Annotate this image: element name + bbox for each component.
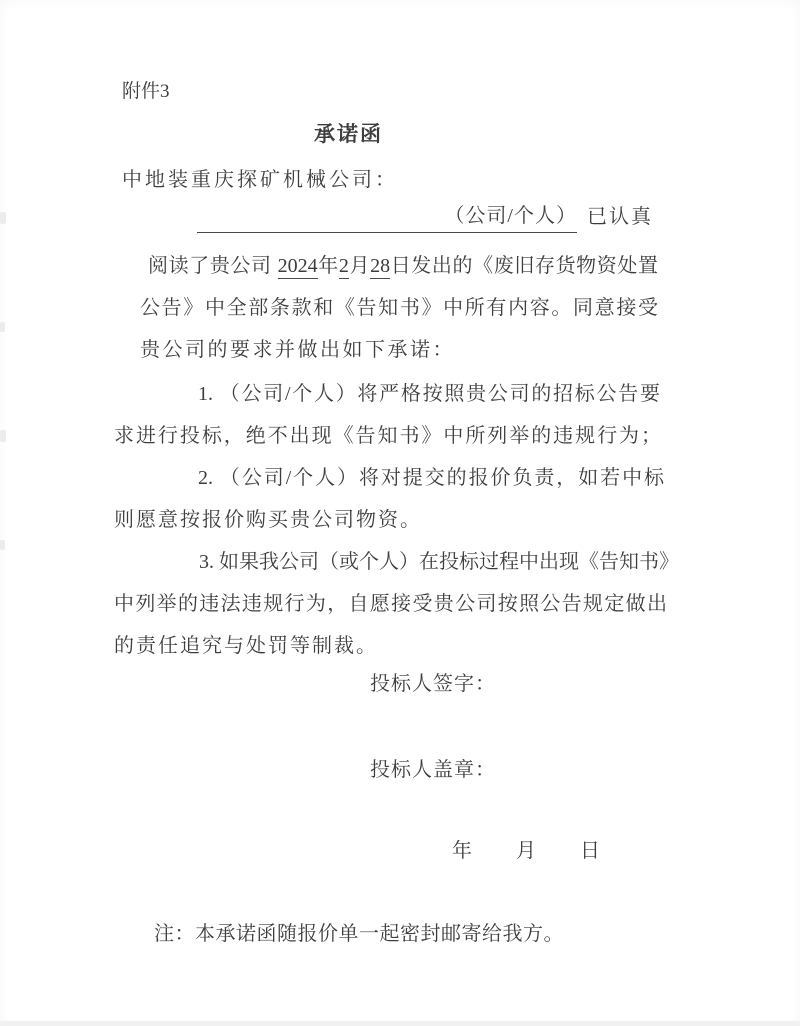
page-edge-shadow: [0, 1021, 800, 1026]
item1-line2: 求进行投标，绝不出现《告知书》中所列举的违规行为；: [114, 423, 661, 449]
date-month-value: 2: [339, 255, 349, 279]
scan-artifact: [0, 540, 5, 550]
item2-line1: 2. （公司/个人）将对提交的报价负责，如若中标: [198, 465, 664, 491]
date-line: 年月日: [452, 838, 600, 864]
fill-in-name-line: （公司/个人） 已认真: [197, 205, 653, 233]
bidder-signature-label: 投标人签字：: [370, 671, 496, 697]
intro-line1-tail: 已认真: [587, 204, 653, 233]
day-label: 日: [580, 840, 600, 862]
year-unit: 年: [318, 255, 339, 277]
scan-artifact: [0, 212, 6, 224]
attachment-label: 附件3: [122, 79, 170, 105]
intro-line2-pre: 阅读了贵公司: [148, 255, 272, 277]
date-year-value: 2024: [278, 255, 318, 279]
item1-line1: 1. （公司/个人）将严格按照贵公司的招标公告要: [198, 381, 660, 407]
salutation: 中地装重庆探矿机械公司：: [122, 167, 398, 193]
scan-artifact: [0, 322, 5, 332]
scan-artifact: [0, 430, 6, 442]
year-label: 年: [452, 838, 472, 864]
item3-line1: 3. 如果我公司（或个人）在投标过程中出现《告知书》: [199, 549, 670, 575]
company-or-individual-label: （公司/个人）: [444, 203, 577, 233]
intro-line4: 贵公司的要求并做出如下承诺：: [140, 337, 455, 363]
month-unit: 月: [349, 255, 370, 277]
document-title: 承诺函: [314, 121, 383, 147]
item3-line3: 的责任追究与处罚等制裁。: [114, 633, 378, 659]
item3-line2: 中列举的违法违规行为，自愿接受贵公司按照公告规定做出: [114, 591, 667, 617]
date-day-value: 28: [370, 255, 390, 279]
bidder-seal-label: 投标人盖章：: [370, 757, 496, 783]
intro-line3: 公告》中全部条款和《告知书》中所有内容。同意接受: [140, 295, 658, 321]
commitment-letter-page: 附件3 承诺函 中地装重庆探矿机械公司： （公司/个人） 已认真 阅读了贵公司2…: [0, 0, 800, 1026]
blank-underline: [197, 205, 444, 233]
intro-line2-post: 日发出的《废旧存货物资处置: [390, 255, 658, 277]
intro-line2: 阅读了贵公司2024年2月28日发出的《废旧存货物资处置: [148, 253, 658, 279]
footer-note: 注：本承诺函随报价单一起密封邮寄给我方。: [154, 921, 564, 947]
month-label: 月: [516, 838, 536, 864]
item2-line2: 则愿意按报价购买贵公司物资。: [114, 507, 422, 533]
